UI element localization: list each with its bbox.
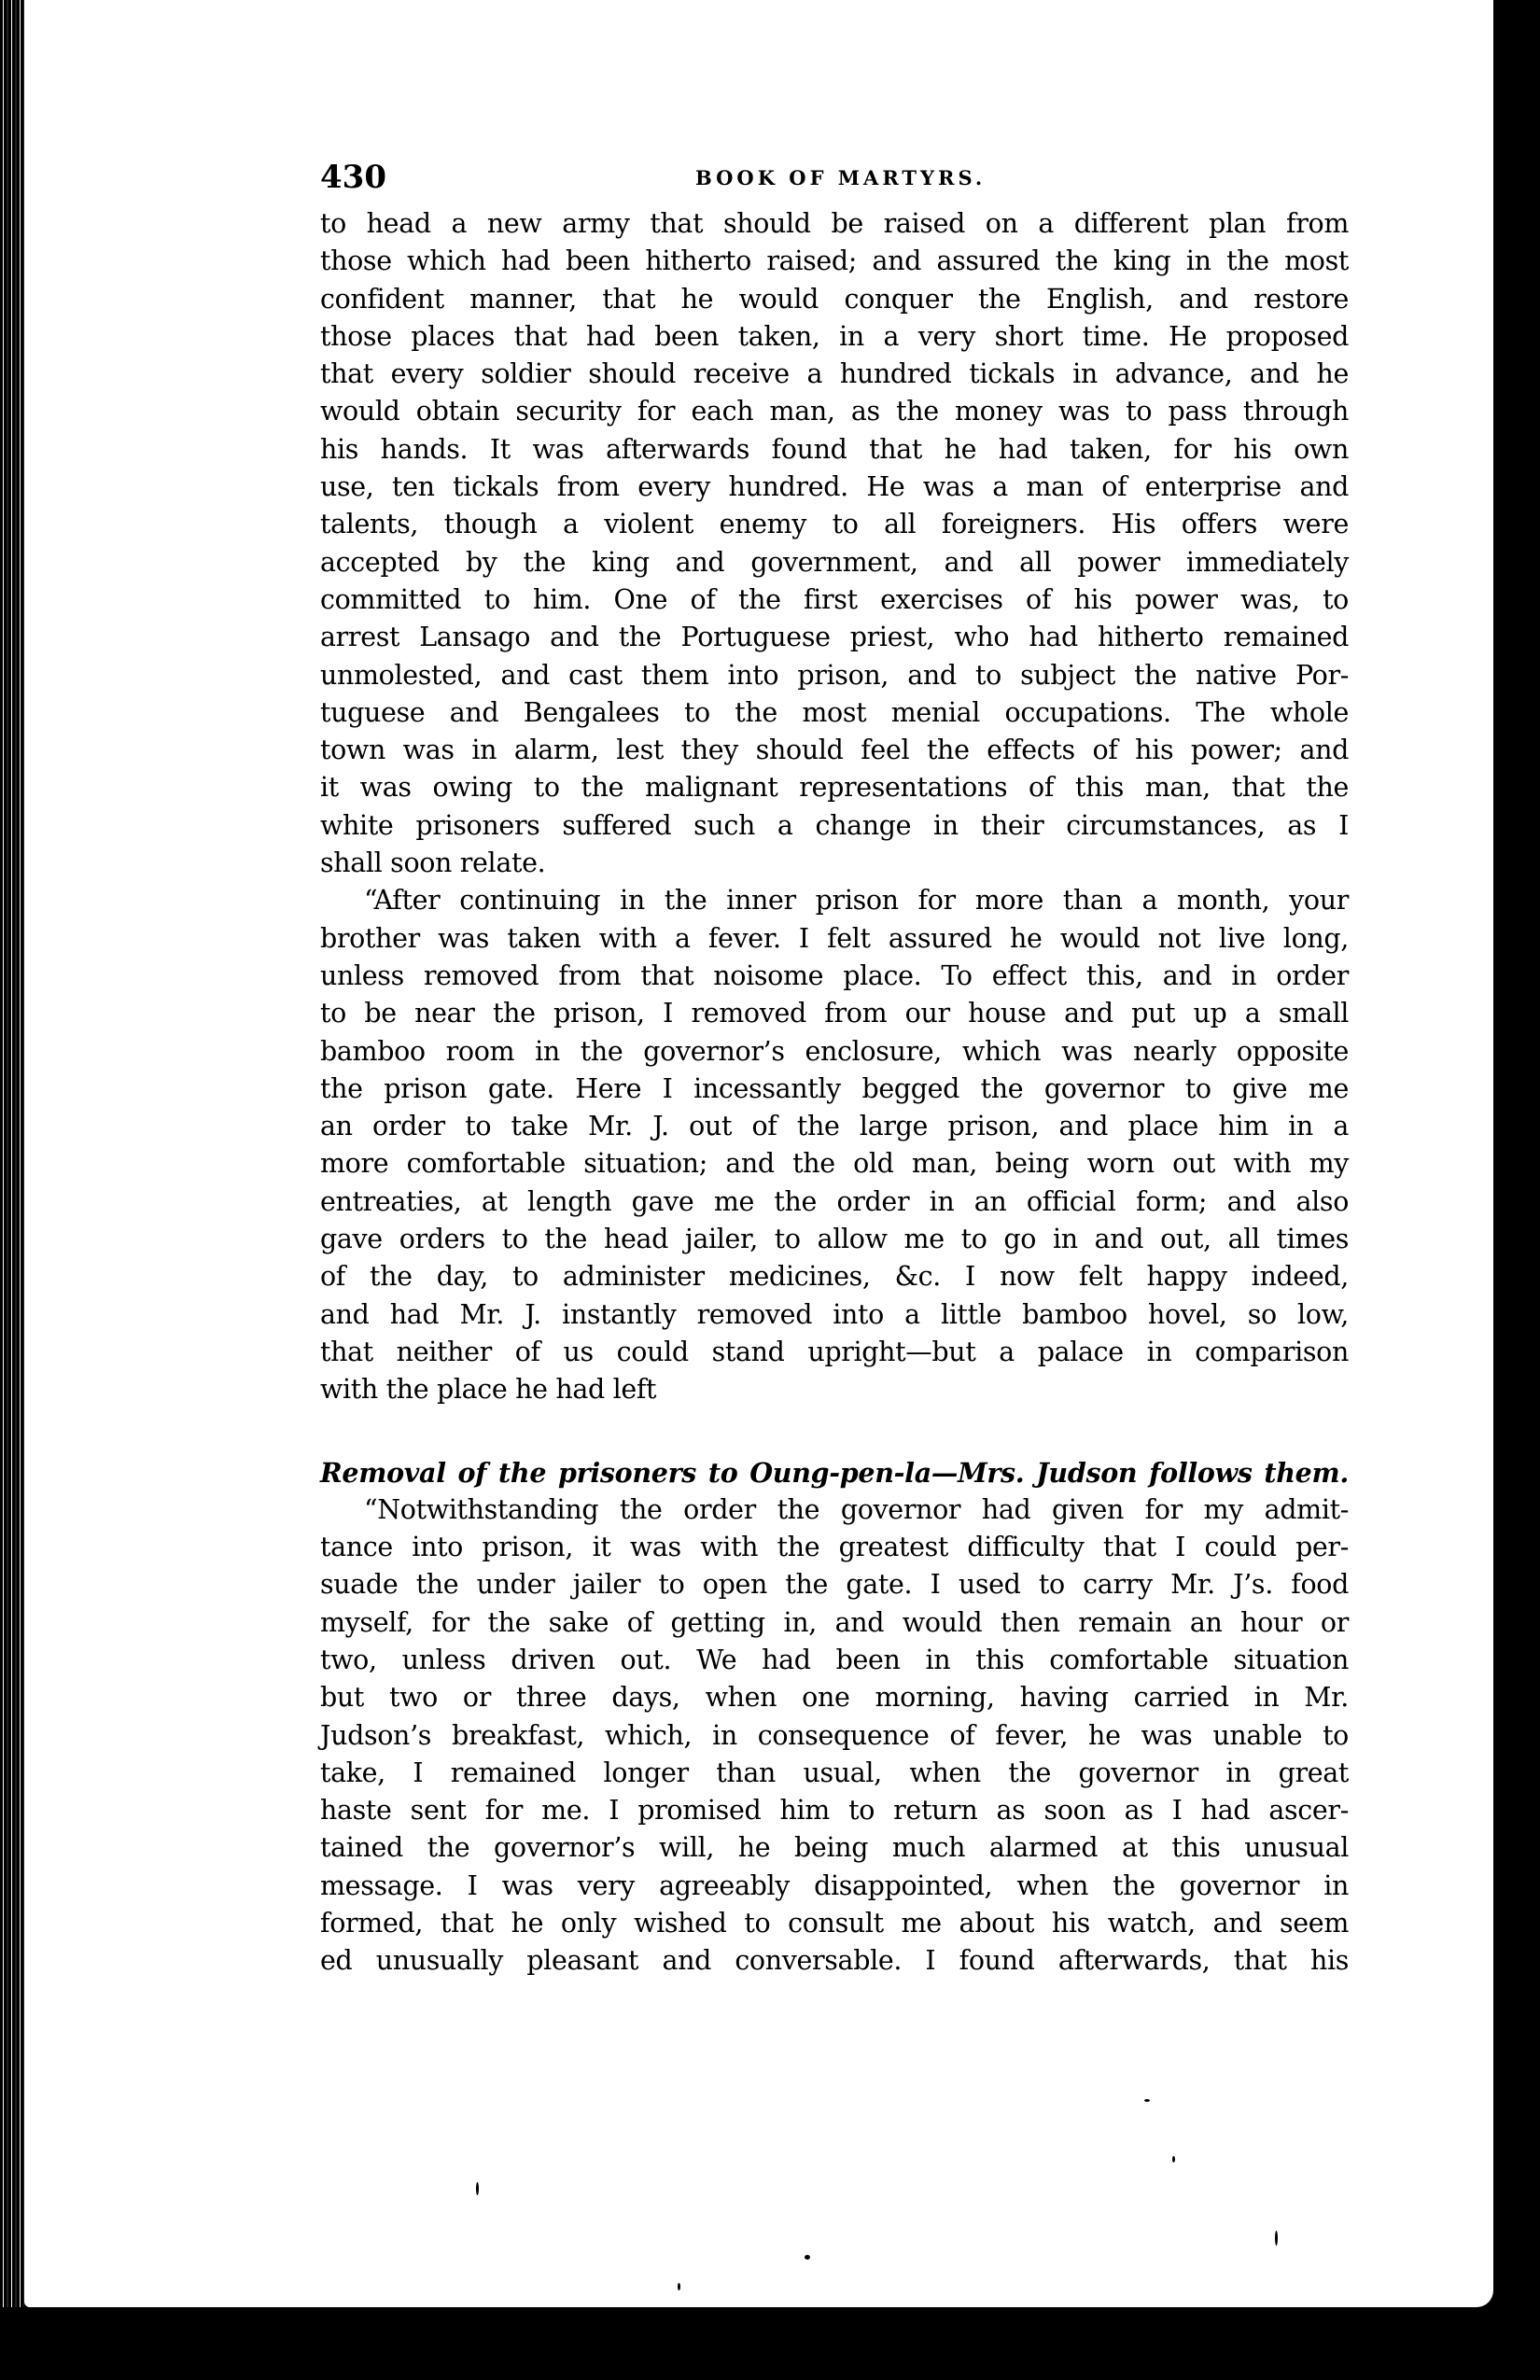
scan-speck [678,2283,680,2290]
page-bottom-shadow [0,2307,1540,2380]
text-line: “After continuing in the inner prison fo… [320,882,1349,919]
text-line: unmolested, and cast them into prison, a… [320,657,1349,694]
text-line: accepted by the king and government, and… [320,544,1349,581]
text-line: to be near the prison, I removed from ou… [320,995,1349,1032]
text-line: tance into prison, it was with the great… [320,1529,1349,1566]
scan-speck [805,2255,810,2260]
body-text: to head a new army that should be raised… [320,205,1349,1981]
scan-speck [1144,2099,1150,2102]
text-line: an order to take Mr. J. out of the large… [320,1108,1349,1145]
text-line: that neither of us could stand upright—b… [320,1334,1349,1371]
text-line: Judson’s breakfast, which, in consequenc… [320,1717,1349,1755]
scan-speck [1275,2231,1278,2246]
text-line: would obtain security for each man, as t… [320,393,1349,430]
text-line: and had Mr. J. instantly removed into a … [320,1296,1349,1334]
text-line: his hands. It was afterwards found that … [320,431,1349,469]
text-line: entreaties, at length gave me the order … [320,1183,1349,1221]
text-line: it was owing to the malignant representa… [320,769,1349,806]
text-line: formed, that he only wished to consult m… [320,1905,1349,1942]
text-line: white prisoners suffered such a change i… [320,807,1349,845]
section-gap [320,1409,1349,1454]
text-line: those which had been hitherto raised; an… [320,243,1349,280]
text-line: of the day, to administer medicines, &c.… [320,1258,1349,1295]
scan-speck [476,2182,479,2195]
text-line: arrest Lansago and the Portuguese priest… [320,619,1349,656]
section-heading: Removal of the prisoners to Oung-pen-la—… [320,1454,1349,1491]
text-line: to head a new army that should be raised… [320,205,1349,243]
text-line: “Notwithstanding the order the governor … [320,1491,1349,1529]
text-line: with the place he had left [320,1371,1349,1408]
text-line: myself, for the sake of getting in, and … [320,1604,1349,1642]
text-line: tuguese and Bengalees to the most menial… [320,694,1349,732]
page-right-shadow-edge [1491,0,1540,2380]
text-line: talents, though a violent enemy to all f… [320,506,1349,543]
text-line: gave orders to the head jailer, to allow… [320,1221,1349,1258]
text-line: confident manner, that he would conquer … [320,281,1349,318]
text-line: message. I was very agreeably disappoint… [320,1868,1349,1905]
text-line: use, ten tickals from every hundred. He … [320,469,1349,506]
book-binding-edge [0,0,24,2380]
text-line: shall soon relate. [320,845,1349,882]
text-line: unless removed from that noisome place. … [320,958,1349,995]
text-line: ed unusually pleasant and conversable. I… [320,1942,1349,1980]
text-line: bamboo room in the governor’s enclosure,… [320,1033,1349,1071]
text-line: town was in alarm, lest they should feel… [320,732,1349,769]
paragraph: “Notwithstanding the order the governor … [320,1491,1349,1981]
text-line: two, unless driven out. We had been in t… [320,1642,1349,1679]
text-line: but two or three days, when one morning,… [320,1679,1349,1716]
text-line: tained the governor’s will, he being muc… [320,1829,1349,1867]
text-line: brother was taken with a fever. I felt a… [320,920,1349,958]
scan-speck [1172,2156,1175,2163]
text-line: the prison gate. Here I incessantly begg… [320,1071,1349,1108]
text-line: those places that had been taken, in a v… [320,318,1349,356]
text-line: more comfortable situation; and the old … [320,1145,1349,1183]
text-line: take, I remained longer than usual, when… [320,1755,1349,1792]
text-line: suade the under jailer to open the gate.… [320,1566,1349,1603]
paragraph: “After continuing in the inner prison fo… [320,882,1349,1408]
running-head: 430 BOOK OF MARTYRS. [320,161,1349,194]
text-line: that every soldier should receive a hund… [320,356,1349,393]
text-line: committed to him. One of the first exerc… [320,581,1349,619]
text-line: haste sent for me. I promised him to ret… [320,1792,1349,1829]
paragraph: to head a new army that should be raised… [320,205,1349,882]
book-title-header: BOOK OF MARTYRS. [695,166,986,190]
page-number: 430 [320,161,386,194]
